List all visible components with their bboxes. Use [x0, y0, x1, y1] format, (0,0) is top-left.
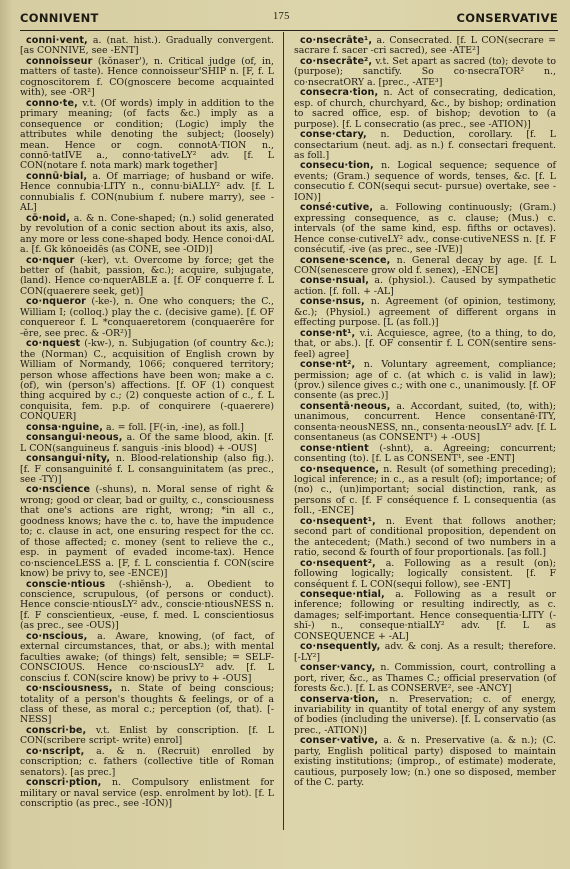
- entry-headword: consene·scence,: [294, 255, 390, 266]
- entry-headword: co·nsequent²,: [294, 558, 376, 569]
- dictionary-entry: conscri·be, v.t. Enlist by conscription.…: [20, 726, 274, 747]
- entry-headword: conse·ntient: [294, 443, 369, 454]
- running-head-right: CONSERVATIVE: [457, 11, 558, 25]
- entry-headword: consecra·tion,: [294, 87, 378, 98]
- column-divider: [283, 32, 284, 830]
- entry-headword: consangui·nity,: [20, 453, 110, 464]
- dictionary-entry: consangui·nity, n. Blood-relationship (a…: [20, 454, 274, 485]
- entry-headword: consecu·tion,: [294, 160, 374, 171]
- dictionary-entry: cō·noid, a. & n. Cone-shaped; (n.) solid…: [20, 214, 274, 256]
- entry-headword: consangui·neous,: [20, 432, 122, 443]
- entry-headword: connū·bial,: [20, 171, 87, 182]
- entry-headword: conse·nt²,: [294, 359, 355, 370]
- dictionary-entry: connū·bial, a. Of marriage; of husband o…: [20, 172, 274, 214]
- entry-headword: co·nsecrāte¹,: [294, 35, 372, 46]
- entry-headword: connoisseur: [20, 56, 92, 67]
- entry-definition: a. = foll. [F(-in, -ine), as foll.]: [106, 422, 244, 433]
- entry-headword: consé·cutive,: [294, 202, 373, 213]
- dictionary-entry: consé·cutive, a. Following continuously;…: [294, 203, 556, 255]
- entry-headword: conse·nsus,: [294, 296, 365, 307]
- entry-headword: conse·nt¹,: [294, 328, 355, 339]
- dictionary-entry: co·nsequent², a. Following as a result (…: [294, 559, 556, 590]
- running-head: CONNIVENT 175 CONSERVATIVE: [20, 11, 558, 27]
- dictionary-entry: conse·nsual, a. (physiol.). Caused by sy…: [294, 276, 556, 297]
- dictionary-entry: co·nscious, a. Aware, knowing, (of fact,…: [20, 632, 274, 684]
- dictionary-entry: connoisseur (kŏnaser'), n. Critical judg…: [20, 57, 274, 99]
- entry-definition: (-kw-), n. Subjugation (of country &c.);…: [20, 338, 274, 422]
- dictionary-entry: co·nsequence, n. Result (of something pr…: [294, 465, 556, 517]
- dictionary-entry: consecu·tion, n. Logical sequence; seque…: [294, 161, 556, 203]
- dictionary-page: CONNIVENT 175 CONSERVATIVE conni·vent, a…: [20, 0, 558, 869]
- entry-headword: conno·te,: [20, 98, 78, 109]
- entry-headword: conser·vancy,: [294, 662, 375, 673]
- page-number: 175: [273, 11, 290, 22]
- left-column: conni·vent, a. (nat. hist.). Gradually c…: [20, 36, 274, 810]
- entry-headword: consentā·neous,: [294, 401, 390, 412]
- entry-headword: co·nscience: [20, 484, 90, 495]
- dictionary-entry: co·nscience (-shuns), n. Moral sense of …: [20, 485, 274, 579]
- dictionary-entry: co·nsciousness, n. State of being consci…: [20, 684, 274, 726]
- entry-headword: co·nscious,: [20, 631, 87, 642]
- entry-headword: co·nscript,: [20, 746, 84, 757]
- dictionary-entry: co·nsequent¹, n. Event that follows anot…: [294, 517, 556, 559]
- entry-headword: conser·vative,: [294, 735, 378, 746]
- entry-headword: co·nsciousness,: [20, 683, 112, 694]
- dictionary-entry: co·nsecrāte², v.t. Set apart as sacred (…: [294, 57, 556, 88]
- dictionary-entry: consecra·tion, n. Act of consecrating, d…: [294, 88, 556, 130]
- entry-headword: conse·nsual,: [294, 275, 369, 286]
- entry-headword: cō·noid,: [20, 213, 70, 224]
- dictionary-entry: co·nsequently, adv. & conj. As a result;…: [294, 642, 556, 663]
- dictionary-entry: consangui·neous, a. Of the same blood, a…: [20, 433, 274, 454]
- dictionary-entry: conscie·ntious (-shiĕnsh-), a. Obedient …: [20, 580, 274, 632]
- dictionary-entry: co·nquer (-ker), v.t. Overcome by force;…: [20, 256, 274, 298]
- entry-headword: conscri·be,: [20, 725, 86, 736]
- entry-headword: consa·nguine,: [20, 422, 103, 433]
- dictionary-entry: conse·ntient (-shnt), a. Agreeing; concu…: [294, 444, 556, 465]
- entry-headword: conseque·ntial,: [294, 589, 385, 600]
- dictionary-entry: conse·nsus, n. Agreement (of opinion, te…: [294, 297, 556, 328]
- dictionary-entry: conser·vancy, n. Commission, court, cont…: [294, 663, 556, 694]
- entry-headword: co·nqueror: [20, 296, 86, 307]
- dictionary-entry: conse·ctary, n. Deduction, corollary. [f…: [294, 130, 556, 161]
- running-head-left: CONNIVENT: [20, 11, 99, 25]
- dictionary-entry: conser·vative, a. & n. Preservative (a. …: [294, 736, 556, 788]
- entry-headword: conscri·ption,: [20, 777, 101, 788]
- dictionary-entry: conno·te, v.t. (Of words) imply in addit…: [20, 99, 274, 172]
- entry-definition: v.t. (Of words) imply in addition to the…: [20, 98, 274, 172]
- dictionary-entry: co·nsecrāte¹, a. Consecrated. [f. L CON(…: [294, 36, 556, 57]
- dictionary-entry: co·nqueror (-ke-), n. One who conquers; …: [20, 297, 274, 339]
- dictionary-entry: consene·scence, n. General decay by age.…: [294, 256, 556, 277]
- entry-headword: co·nsecrāte²,: [294, 56, 372, 67]
- entry-headword: co·nsequently,: [294, 641, 380, 652]
- entry-headword: conscie·ntious: [20, 579, 105, 590]
- dictionary-entry: co·nscript, a. & n. (Recruit) enrolled b…: [20, 747, 274, 778]
- entry-headword: co·nsequent¹,: [294, 516, 376, 527]
- entry-headword: co·nsequence,: [294, 464, 379, 475]
- right-column: co·nsecrāte¹, a. Consecrated. [f. L CON(…: [294, 36, 556, 789]
- dictionary-entry: conserva·tion, n. Preservation; c. of en…: [294, 695, 556, 737]
- dictionary-entry: conni·vent, a. (nat. hist.). Gradually c…: [20, 36, 274, 57]
- entry-headword: conserva·tion,: [294, 694, 379, 705]
- dictionary-entry: conseque·ntial, a. Following as a result…: [294, 590, 556, 642]
- dictionary-entry: conse·nt², n. Voluntary agreement, compl…: [294, 360, 556, 402]
- header-rule: [20, 30, 558, 31]
- entry-headword: conse·ctary,: [294, 129, 367, 140]
- dictionary-entry: conse·nt¹, v.i. Acquiesce, agree, (to a …: [294, 329, 556, 360]
- entry-headword: conni·vent,: [20, 35, 88, 46]
- entry-headword: co·nquest: [20, 338, 80, 349]
- entry-definition: (-shuns), n. Moral sense of right & wron…: [20, 484, 274, 579]
- dictionary-entry: co·nquest (-kw-), n. Subjugation (of cou…: [20, 339, 274, 423]
- entry-headword: co·nquer: [20, 255, 75, 266]
- dictionary-entry: consentā·neous, a. Accordant, suited, (t…: [294, 402, 556, 444]
- dictionary-entry: conscri·ption, n. Compulsory enlistment …: [20, 778, 274, 809]
